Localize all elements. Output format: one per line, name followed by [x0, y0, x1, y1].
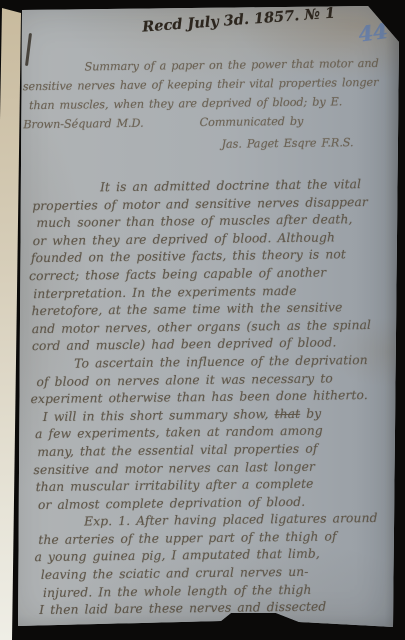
- manuscript-body: It is an admitted doctrine that the vita…: [28, 176, 405, 620]
- line-text: I will in this short summary show,: [43, 407, 275, 424]
- author-name: Brown-Séquard M.D.: [23, 114, 143, 134]
- manuscript-line: I then laid bare these nerves and dissec…: [39, 598, 405, 620]
- folio-number: 44: [356, 18, 388, 47]
- received-docket: Recd July 3d. 1857. № 1: [142, 5, 336, 36]
- line-text: by: [300, 406, 321, 420]
- manuscript-page: Recd July 3d. 1857. № 1 44 Summary of a …: [0, 0, 405, 640]
- handwriting-layer: Recd July 3d. 1857. № 1 44 Summary of a …: [0, 0, 405, 640]
- communicated-by-label: Communicated by: [199, 112, 303, 132]
- author-row: Brown-Séquard M.D. Communicated by: [23, 111, 398, 135]
- manuscript-photo: Recd July 3d. 1857. № 1 44 Summary of a …: [0, 0, 405, 640]
- struck-word: that: [275, 407, 301, 421]
- title-block: Summary of a paper on the power that mot…: [22, 54, 398, 157]
- communicator-name: Jas. Paget Esqre F.R.S.: [221, 133, 398, 154]
